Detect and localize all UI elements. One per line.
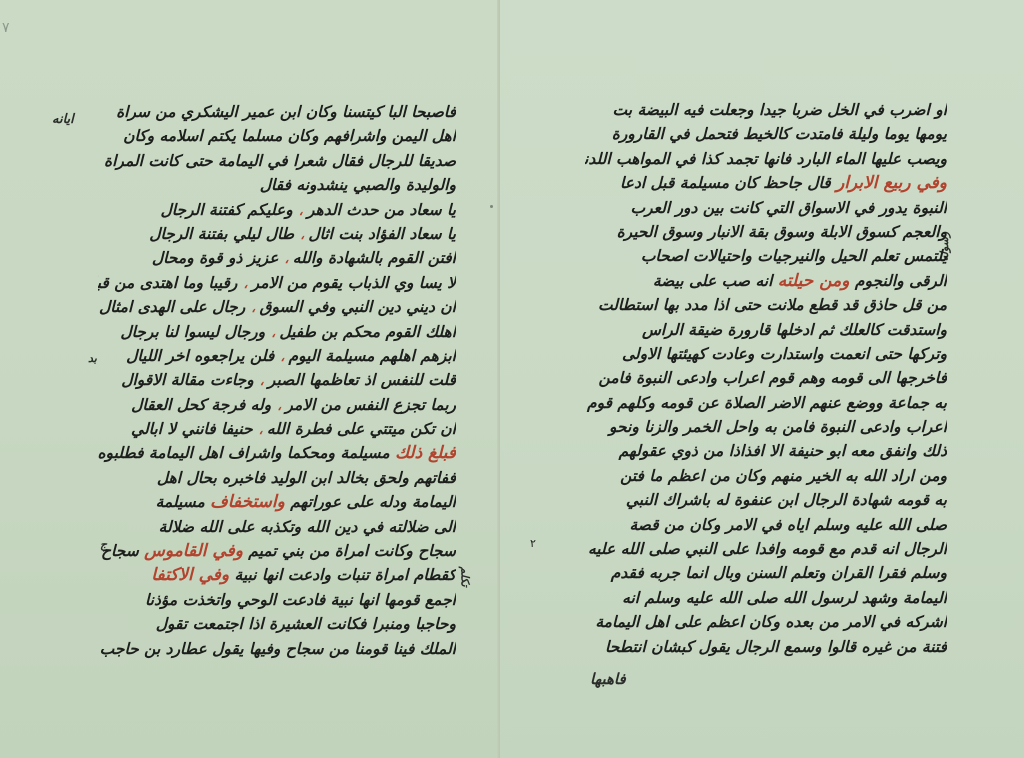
body-text: الرقى والنجوم <box>849 272 947 290</box>
body-text: حنيفا فانني لا ابالي <box>131 420 253 438</box>
text-line: قلت للنفس اذ تعاظمها الصبر ، وجاءت مقالة… <box>98 368 456 392</box>
text-line: ففاتهم ولحق بخالد ابن الوليد فاخبره بحال… <box>98 466 456 490</box>
left-page-text: فاصبحا البا كيتسنا وكان ابن عمير اليشكري… <box>98 100 456 661</box>
body-text: والعجم كسوق الابلة وسوق بقة الانبار وسوق… <box>617 223 947 241</box>
body-text: مسيلمة <box>156 493 211 511</box>
text-line: والعجم كسوق الابلة وسوق بقة الانبار وسوق… <box>585 220 947 244</box>
body-text: وحاجبا ومنبرا فكانت العشيرة اذا اجتمعت ت… <box>156 615 456 633</box>
rubric-text: ، <box>273 399 285 413</box>
body-text: وله فرجة كحل العقال <box>131 396 271 414</box>
body-text: فتنة من غيره قالوا وسمع الرجال يقول كبشا… <box>605 638 947 656</box>
text-line: يا سعاد من حدث الدهر ، وعليكم كفتنة الرج… <box>98 198 456 222</box>
text-line: وفي ربيع الابرار قال جاحظ كان مسيلمة قبل… <box>585 171 947 195</box>
body-text: فلن يراجعوه اخر الليال <box>126 347 274 365</box>
rubric-text: ، <box>239 277 251 291</box>
body-text: به قومه شهادة الرجال ابن عنفوة له باشراك… <box>626 491 947 509</box>
text-line: اجمع قومها انها نبية فادعت الوحي واتخذت … <box>98 588 456 612</box>
text-line: الى ضلالته في دين الله وتكذبه على الله ض… <box>98 515 456 539</box>
body-text: رقيبا وما اهتدى من قبل <box>98 274 237 292</box>
left-page: ٧ ايانه بد ج تكلم فاصبحا البا كيتسنا وكا… <box>0 0 500 758</box>
body-text: سجاح <box>101 542 144 560</box>
body-text: به جماعة ووضع عنهم الاضر الصلاة عن قومه … <box>587 394 947 412</box>
text-line: فاصبحا البا كيتسنا وكان ابن عمير اليشكري… <box>98 100 456 124</box>
body-text: من قل حاذق قد قطع ملانت حتى اذا مدد بها … <box>598 296 947 314</box>
corner-mark: ٧ <box>2 20 10 36</box>
text-line: كقطام امراة تنبات وادعت انها نبية وفي ال… <box>98 563 456 587</box>
text-line: النبوة يدور في الاسواق التي كانت بين دور… <box>585 196 947 220</box>
rubric-text: ، <box>280 252 292 266</box>
manuscript-spread: ٧ ايانه بد ج تكلم فاصبحا البا كيتسنا وكا… <box>0 0 1024 758</box>
body-text: الرجال انه قدم مع قومه وافدا على النبي ص… <box>588 540 947 558</box>
body-text: وجاءت مقالة الاقوال <box>121 371 254 389</box>
body-text: سجاح وكانت امراة من بني تميم <box>243 542 456 560</box>
body-text: عزيز ذو قوة ومحال <box>152 249 279 267</box>
text-line: ابزهم اهلهم مسيلمة اليوم ، فلن يراجعوه ا… <box>98 344 456 368</box>
text-line: ذلك وانفق معه ابو حنيفة الا افذاذا من ذو… <box>585 439 947 463</box>
text-line: لا يسا وي الذباب يقوم من الامر ، رقيبا و… <box>98 271 456 295</box>
text-line: فتنة من غيره قالوا وسمع الرجال يقول كبشا… <box>585 635 947 659</box>
rubric-text: ، <box>255 423 267 437</box>
text-line: او اضرب في الخل ضربا جيدا وجعلت فيه البي… <box>585 98 947 122</box>
body-text: ان ديني دين النبي وفي السوق <box>259 298 456 316</box>
text-line: فاخرجها الى قومه وهم قوم اعراب وادعى الن… <box>585 366 947 390</box>
rubric-text: فبلغ ذلك <box>395 443 456 463</box>
right-page-text: او اضرب في الخل ضربا جيدا وجعلت فيه البي… <box>585 98 947 659</box>
body-text: انه صب على بيضة <box>653 272 778 290</box>
text-line: يلتمس تعلم الحيل والنيرجيات واحتيالات اص… <box>585 244 947 268</box>
body-text: قلت للنفس اذ تعاظمها الصبر <box>268 371 456 389</box>
text-line: به جماعة ووضع عنهم الاضر الصلاة عن قومه … <box>585 391 947 415</box>
text-line: ان تكن ميتتي على فطرة الله ، حنيفا فانني… <box>98 417 456 441</box>
body-text: ذلك وانفق معه ابو حنيفة الا افذاذا من ذو… <box>619 442 947 460</box>
text-line: افتن القوم بالشهادة والله ، عزيز ذو قوة … <box>98 246 456 270</box>
text-line: سجاح وكانت امراة من بني تميم وفي القاموس… <box>98 539 456 563</box>
text-line: يا سعاد الفؤاد بنت اثال ، طال ليلي بفتنة… <box>98 222 456 246</box>
body-text: ان تكن ميتتي على فطرة الله <box>267 420 456 438</box>
body-text: الملك فينا قومنا من سجاح وفيها يقول عطار… <box>100 640 456 658</box>
body-text: افتن القوم بالشهادة والله <box>293 249 456 267</box>
rubric-text: ، <box>247 301 259 315</box>
rubric-text: وفي القاموس <box>144 541 243 561</box>
rubric-text: وفي الاكتفا <box>151 565 229 585</box>
folio-mark: ٢ <box>530 537 536 550</box>
rubric-text: ، <box>296 228 308 242</box>
body-text: او اضرب في الخل ضربا جيدا وجعلت فيه البي… <box>613 101 947 119</box>
body-text: يومها يوما وليلة فامتدت كالخيط فتحمل في … <box>612 125 947 143</box>
text-line: اهل اليمن واشرافهم وكان مسلما يكتم اسلام… <box>98 124 456 148</box>
text-line: اهلك القوم محكم بن طفيل ، ورجال ليسوا لن… <box>98 320 456 344</box>
body-text: طال ليلي بفتنة الرجال <box>149 225 294 243</box>
body-text: فاخرجها الى قومه وهم قوم اعراب وادعى الن… <box>599 369 947 387</box>
text-line: اليمامة ودله على عوراتهم واستخفاف مسيلمة <box>98 490 456 514</box>
body-text: اهل اليمن واشرافهم وكان مسلما يكتم اسلام… <box>123 127 456 145</box>
body-text: الى ضلالته في دين الله وتكذبه على الله ض… <box>159 518 456 536</box>
text-line: الملك فينا قومنا من سجاح وفيها يقول عطار… <box>98 637 456 661</box>
body-text: وعليكم كفتنة الرجال <box>161 201 293 219</box>
text-line: اعراب وادعى النبوة فامن به واحل الخمر وا… <box>585 415 947 439</box>
body-text: مسيلمة ومحكما واشراف اهل اليمامة فطلبوه <box>98 444 395 462</box>
body-text: فاصبحا البا كيتسنا وكان ابن عمير اليشكري… <box>116 103 456 121</box>
text-line: من قل حاذق قد قطع ملانت حتى اذا مدد بها … <box>585 293 947 317</box>
body-text: كقطام امراة تنبات وادعت انها نبية <box>229 566 456 584</box>
body-text: رجال على الهدى امثال <box>99 298 245 316</box>
body-text: اليمامة ودله على عوراتهم <box>285 493 456 511</box>
text-line: وسلم فقرا القران وتعلم السنن وبال انما ج… <box>585 561 947 585</box>
body-text: النبوة يدور في الاسواق التي كانت بين دور… <box>631 199 947 217</box>
rubric-text: وفي ربيع الابرار <box>836 173 947 193</box>
body-text: واستدقت كالعلك ثم ادخلها قارورة ضيقة الر… <box>642 321 947 339</box>
body-text: ورجال ليسوا لنا برجال <box>120 323 265 341</box>
text-line: وحاجبا ومنبرا فكانت العشيرة اذا اجتمعت ت… <box>98 612 456 636</box>
body-text: ويصب عليها الماء البارد فانها تجمد كذا ف… <box>585 150 947 168</box>
text-line: به قومه شهادة الرجال ابن عنفوة له باشراك… <box>585 488 947 512</box>
body-text: صلى الله عليه وسلم اياه في الامر وكان من… <box>629 516 947 534</box>
body-text: اعراب وادعى النبوة فامن به واحل الخمر وا… <box>609 418 947 436</box>
body-text: اجمع قومها انها نبية فادعت الوحي واتخذت … <box>145 591 456 609</box>
margin-note-vertical: تكلم <box>459 566 472 586</box>
paper-speck <box>490 205 493 208</box>
body-text: يا سعاد الفؤاد بنت اثال <box>308 225 456 243</box>
rubric-text: ومن حيلته <box>778 271 850 291</box>
text-line: اليمامة وشهد لرسول الله صلى الله عليه وس… <box>585 586 947 610</box>
rubric-text: ، <box>256 374 268 388</box>
body-text: ربما تجزع النفس من الامر <box>285 396 456 414</box>
text-line: والوليدة والصبي ينشدونه فقال <box>98 173 456 197</box>
body-text: يلتمس تعلم الحيل والنيرجيات واحتيالات اص… <box>641 247 947 265</box>
text-line: ومن اراد الله به الخير منهم وكان من اعظم… <box>585 464 947 488</box>
body-text: لا يسا وي الذباب يقوم من الامر <box>252 274 456 292</box>
body-text: اليمامة وشهد لرسول الله صلى الله عليه وس… <box>622 589 947 607</box>
text-line: يومها يوما وليلة فامتدت كالخيط فتحمل في … <box>585 122 947 146</box>
text-line: ربما تجزع النفس من الامر ، وله فرجة كحل … <box>98 393 456 417</box>
margin-note: ايانه <box>52 112 74 127</box>
text-line: فبلغ ذلك مسيلمة ومحكما واشراف اهل اليمام… <box>98 441 456 465</box>
body-text: اهلك القوم محكم بن طفيل <box>279 323 456 341</box>
body-text: يا سعاد من حدث الدهر <box>307 201 456 219</box>
body-text: وسلم فقرا القران وتعلم السنن وبال انما ج… <box>611 564 947 582</box>
body-text: اشركه في الامر من بعده وكان اعظم على اهل… <box>595 613 947 631</box>
rubric-text: ، <box>267 326 279 340</box>
text-line: واستدقت كالعلك ثم ادخلها قارورة ضيقة الر… <box>585 318 947 342</box>
text-line: ويصب عليها الماء البارد فانها تجمد كذا ف… <box>585 147 947 171</box>
text-line: صديقا للرجال فقال شعرا في اليمامة حتى كا… <box>98 149 456 173</box>
text-line: الرجال انه قدم مع قومه وافدا على النبي ص… <box>585 537 947 561</box>
text-line: الرقى والنجوم ومن حيلته انه صب على بيضة <box>585 269 947 293</box>
body-text: ابزهم اهلهم مسيلمة اليوم <box>289 347 456 365</box>
text-line: ان ديني دين النبي وفي السوق ، رجال على ا… <box>98 295 456 319</box>
body-text: قال جاحظ كان مسيلمة قبل ادعا <box>620 174 836 192</box>
rubric-text: واستخفاف <box>210 492 285 512</box>
body-text: وتركها حتى انعمت واستدارت وعادت كهيئتها … <box>622 345 947 363</box>
body-text: ففاتهم ولحق بخالد ابن الوليد فاخبره بحال… <box>157 469 456 487</box>
catchword: فاهبها <box>590 670 626 688</box>
text-line: وتركها حتى انعمت واستدارت وعادت كهيئتها … <box>585 342 947 366</box>
body-text: صديقا للرجال فقال شعرا في اليمامة حتى كا… <box>104 152 456 170</box>
rubric-text: ، <box>295 204 307 218</box>
body-text: ومن اراد الله به الخير منهم وكان من اعظم… <box>620 467 947 485</box>
text-line: صلى الله عليه وسلم اياه في الامر وكان من… <box>585 513 947 537</box>
text-line: اشركه في الامر من بعده وكان اعظم على اهل… <box>585 610 947 634</box>
right-page: ٢ رسوله او اضرب في الخل ضربا جيدا وجعلت … <box>500 0 1024 758</box>
body-text: والوليدة والصبي ينشدونه فقال <box>260 176 456 194</box>
rubric-text: ، <box>276 350 288 364</box>
margin-note: بد <box>88 352 97 365</box>
